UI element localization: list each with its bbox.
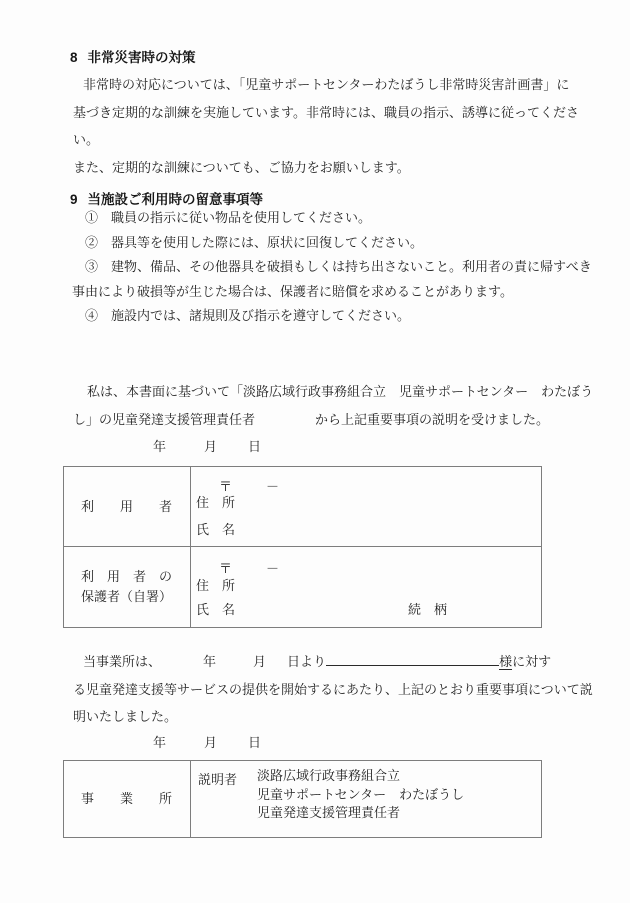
organization-line: 児童サポートセンター わたぼうし: [257, 786, 464, 805]
month-label: 月: [204, 735, 217, 750]
provider-date-line: 年月日: [153, 732, 261, 751]
spacer: [166, 450, 204, 451]
section-8-number: 8: [70, 50, 78, 65]
list-item-continuation: 事由により破損等が生じた場合は、保護者に賠償を求めることがあります。: [72, 280, 592, 305]
address-label: 住 所: [196, 575, 235, 594]
year-label: 年: [203, 654, 216, 669]
row-label-text: 保護者（自署）: [81, 587, 190, 607]
organization-lines: 淡路広域行政事務組合立 児童サポートセンター わたぼうし 児童発達支援管理責任者: [257, 767, 464, 823]
spacer: [217, 450, 248, 451]
spacer: [266, 665, 287, 666]
spacer: [73, 665, 83, 666]
section-8-heading: 8非常災害時の対策: [70, 46, 196, 66]
list-item: ① 職員の指示に従い物品を使用してください。: [85, 206, 592, 231]
spacer: [216, 665, 253, 666]
postal-dash: －: [266, 476, 279, 495]
table-row-provider: 事 業 所 説明者 淡路広域行政事務組合立 児童サポートセンター わたぼうし 児…: [64, 761, 541, 837]
provider-detail-cell: 説明者 淡路広域行政事務組合立 児童サポートセンター わたぼうし 児童発達支援管…: [191, 761, 541, 837]
section-9-title: 当施設ご利用時の留意事項等: [88, 192, 264, 207]
spacer: [161, 665, 203, 666]
paragraph-line: 非常時の対応については、「児童サポートセンターわたぼうし非常時災害計画書」に: [73, 71, 579, 99]
list-item: ③ 建物、備品、その他器具を破損もしくは持ち出さないこと。利用者の責に帰すべき: [85, 255, 592, 280]
paragraph-line: 当事業所は、年月日より様に対す: [73, 648, 593, 676]
paragraph-line: し」の児童発達支援管理責任者から上記重要事項の説明を受けました。: [73, 406, 593, 434]
paragraph-line: い。: [73, 126, 579, 154]
addressee-suffix: 様: [499, 654, 512, 670]
row-label-text: 利 用 者: [81, 497, 190, 517]
provider-statement-paragraph: 当事業所は、年月日より様に対す る児童発達支援等サービスの提供を開始するにあたり…: [73, 648, 593, 731]
row-label-user: 利 用 者: [64, 467, 191, 546]
address-label: 住 所: [196, 492, 235, 511]
day-label: 日: [248, 735, 261, 750]
user-detail-cell: 〒－ 住 所 氏 名: [191, 467, 541, 546]
postal-dash: －: [266, 558, 279, 577]
addressee-name-blank: [326, 653, 499, 666]
spacer: [217, 746, 248, 747]
paragraph-text: に対す: [512, 654, 551, 669]
relation-label: 続 柄: [408, 599, 447, 618]
acknowledgement-paragraph: 私は、本書面に基づいて「淡路広域行政事務組合立 児童サポートセンター わたぼう …: [73, 378, 593, 433]
month-label: 月: [253, 654, 266, 669]
paragraph-text: から上記重要事項の説明を受けました。: [315, 412, 549, 427]
paragraph-line: 私は、本書面に基づいて「淡路広域行政事務組合立 児童サポートセンター わたぼう: [73, 378, 593, 406]
row-label-provider: 事 業 所: [64, 761, 191, 837]
row-label-text: 事 業 所: [81, 789, 190, 809]
name-label: 氏 名: [196, 599, 235, 618]
section-9-items: ① 職員の指示に従い物品を使用してください。 ② 器具等を使用した際には、原状に…: [85, 206, 592, 329]
list-item: ② 器具等を使用した際には、原状に回復してください。: [85, 231, 592, 256]
year-label: 年: [153, 735, 166, 750]
user-signature-table: 利 用 者 〒－ 住 所 氏 名 利 用 者 の 保護者（自署） 〒－ 住 所 …: [63, 466, 542, 628]
name-label: 氏 名: [196, 519, 235, 538]
row-label-text: 利 用 者 の: [81, 567, 190, 587]
paragraph-text: 当事業所は、: [83, 654, 161, 669]
paragraph-line: また、定期的な訓練についても、ご協力をお願いします。: [73, 154, 579, 182]
paragraph-text: し」の児童発達支援管理責任者: [73, 412, 255, 427]
provider-table: 事 業 所 説明者 淡路広域行政事務組合立 児童サポートセンター わたぼうし 児…: [63, 760, 542, 838]
document-page: 8非常災害時の対策 非常時の対応については、「児童サポートセンターわたぼうし非常…: [0, 0, 630, 903]
manager-name-blank: [255, 423, 315, 424]
year-label: 年: [153, 439, 166, 454]
day-label: 日: [248, 439, 261, 454]
organization-line: 淡路広域行政事務組合立: [257, 767, 464, 786]
signature-date-line: 年月日: [153, 436, 261, 455]
day-label: 日より: [287, 654, 326, 669]
explainer-label: 説明者: [198, 769, 237, 788]
spacer: [166, 746, 204, 747]
table-row-user: 利 用 者 〒－ 住 所 氏 名: [64, 467, 541, 547]
month-label: 月: [204, 439, 217, 454]
section-8-title: 非常災害時の対策: [88, 50, 196, 65]
paragraph-line: 明いたしました。: [73, 703, 593, 731]
list-item: ④ 施設内では、諸規則及び指示を遵守してください。: [85, 304, 592, 329]
section-9-heading: 9当施設ご利用時の留意事項等: [70, 188, 263, 208]
organization-line: 児童発達支援管理責任者: [257, 804, 464, 823]
guardian-detail-cell: 〒－ 住 所 氏 名 続 柄: [191, 547, 541, 627]
row-label-guardian: 利 用 者 の 保護者（自署）: [64, 547, 191, 627]
postal-mark: 〒: [219, 561, 232, 576]
section-8-paragraph: 非常時の対応については、「児童サポートセンターわたぼうし非常時災害計画書」に 基…: [73, 71, 579, 181]
table-row-guardian: 利 用 者 の 保護者（自署） 〒－ 住 所 氏 名 続 柄: [64, 547, 541, 627]
section-9-number: 9: [70, 192, 78, 207]
paragraph-line: る児童発達支援等サービスの提供を開始するにあたり、上記のとおり重要事項について説: [73, 676, 593, 704]
paragraph-line: 基づき定期的な訓練を実施しています。非常時には、職員の指示、誘導に従ってくださ: [73, 99, 579, 127]
